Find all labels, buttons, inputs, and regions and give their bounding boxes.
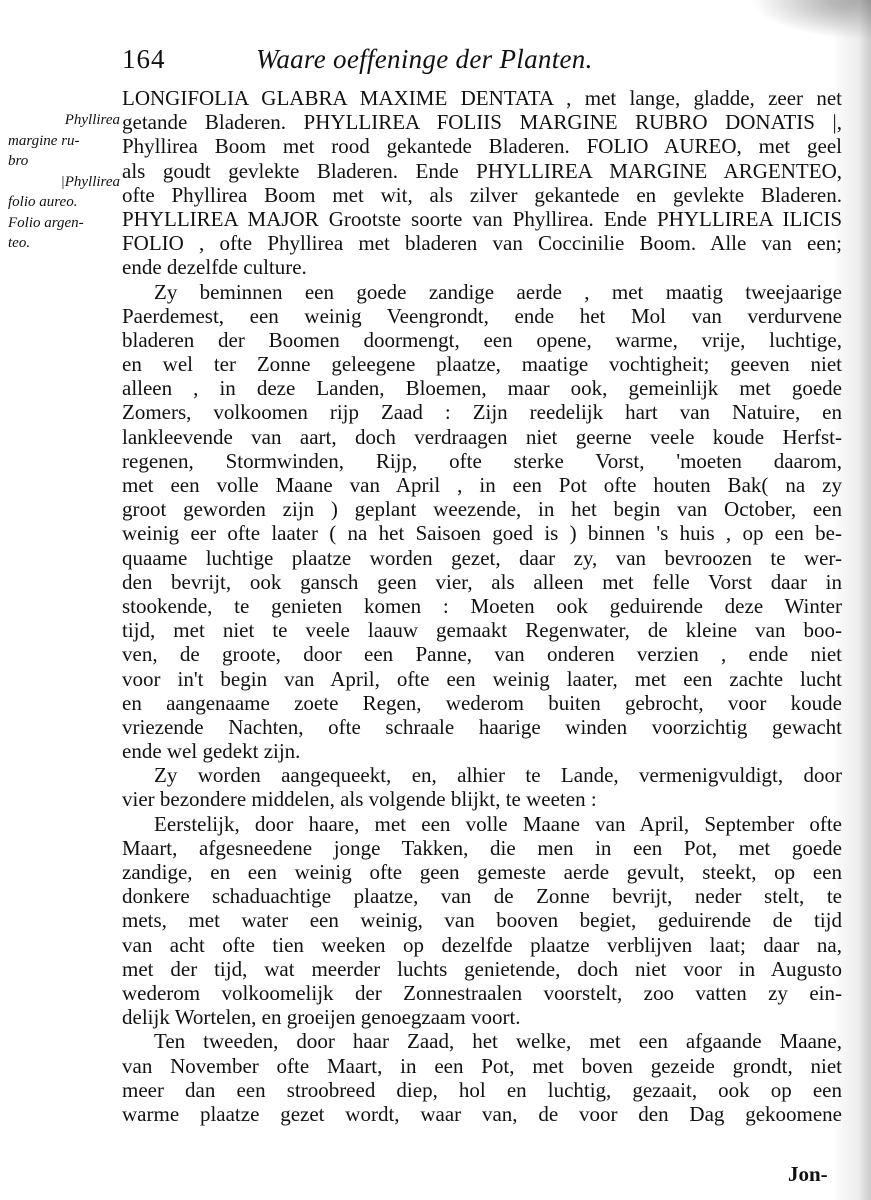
text-line: wederom volkoomelijk der Zonnestraalen v… [122, 981, 842, 1005]
text-line: PHYLLIREA MAJOR Grootste soorte van Phyl… [122, 207, 842, 231]
text-line: LONGIFOLIA GLABRA MAXIME DENTATA , met l… [122, 86, 842, 110]
paragraph-start: Zy beminnen een goede zandige aerde , me… [122, 280, 842, 304]
text-line: stookende, te genieten komen : Moeten oo… [122, 594, 842, 618]
running-head: 164 Waare oeffeninge der Planten. [122, 44, 822, 84]
text-line: met een volle Maane van April , in een P… [122, 473, 842, 497]
text-line: Maart, afgesneedene jonge Takken, die me… [122, 836, 842, 860]
margin-note: bro [8, 151, 120, 172]
text-line: quaame luchtige plaatze worden gezet, da… [122, 546, 842, 570]
text-line: vriezende Nachten, ofte schraale haarige… [122, 715, 842, 739]
text-line: ven, de groote, door een Panne, van onde… [122, 642, 842, 666]
text-line: tijd, met niet te veele laauw gemaakt Re… [122, 618, 842, 642]
paragraph-start: Eerstelijk, door haare, met een volle Ma… [122, 812, 842, 836]
text-line: als goudt gevlekte Bladeren. Ende PHYLLI… [122, 159, 842, 183]
text-line: Zomers, volkoomen rijp Zaad : Zijn reede… [122, 400, 842, 424]
page-title: Waare oeffeninge der Planten. [256, 44, 593, 75]
text-line: bladeren der Boomen doormengt, een opene… [122, 328, 842, 352]
text-line: van acht ofte tien weeken op dezelfde pl… [122, 933, 842, 957]
margin-note: Phyllirea [8, 110, 120, 131]
text-line: den bevrijt, ook gansch geen vier, als a… [122, 570, 842, 594]
page-edge-shadow [751, 0, 871, 40]
text-line: lankleevende van aart, doch verdraagen n… [122, 425, 842, 449]
margin-notes: Phyllirea margine ru- bro |Phyllirea fol… [8, 110, 120, 254]
text-line: mets, met water een weinig, van booven b… [122, 908, 842, 932]
text-line: delijk Wortelen, en groeijen genoegzaam … [122, 1005, 842, 1029]
text-line: voor in't begin van April, ofte een wein… [122, 667, 842, 691]
text-line: groot geworden zijn ) geplant weezende, … [122, 497, 842, 521]
text-line: vier bezondere middelen, als volgende bl… [122, 787, 842, 811]
text-line: weinig eer ofte laater ( na het Saisoen … [122, 521, 842, 545]
text-line: donkere schaduachtige plaatze, van de Zo… [122, 884, 842, 908]
paragraph-start: Ten tweeden, door haar Zaad, het welke, … [122, 1029, 842, 1053]
margin-note: Folio argen- [8, 213, 120, 234]
text-line: regenen, Stormwinden, Rijp, ofte sterke … [122, 449, 842, 473]
text-line: Paerdemest, een weinig Veengrondt, ende … [122, 304, 842, 328]
page-number: 164 [122, 44, 166, 75]
text-line: van November ofte Maart, in een Pot, met… [122, 1054, 842, 1078]
text-line: warme plaatze gezet wordt, waar van, de … [122, 1102, 842, 1126]
margin-note: margine ru- [8, 131, 120, 152]
text-line: zandige, en een weinig ofte geen gemeste… [122, 860, 842, 884]
text-line: FOLIO , ofte Phyllirea met bladeren van … [122, 231, 842, 255]
text-line: ofte Phyllirea Boom met wit, als zilver … [122, 183, 842, 207]
text-line: en wel ter Zonne geleegene plaatze, maat… [122, 352, 842, 376]
margin-note: folio aureo. [8, 192, 120, 213]
text-line: en aangenaame zoete Regen, wederom buite… [122, 691, 842, 715]
paragraph-start: Zy worden aangequeekt, en, alhier te Lan… [122, 763, 842, 787]
text-line: met der tijd, wat meerder luchts geniete… [122, 957, 842, 981]
margin-note: teo. [8, 233, 120, 254]
catchword: Jon- [788, 1162, 828, 1187]
text-line: getande Bladeren. PHYLLIREA FOLIIS MARGI… [122, 110, 842, 134]
text-line: alleen , in deze Landen, Bloemen, maar o… [122, 376, 842, 400]
text-line: meer dan een stroobreed diep, hol en luc… [122, 1078, 842, 1102]
body-text: LONGIFOLIA GLABRA MAXIME DENTATA , met l… [122, 86, 842, 1126]
margin-note: |Phyllirea [8, 172, 120, 193]
text-line: Phyllirea Boom met rood gekantede Blader… [122, 134, 842, 158]
text-line: ende wel gedekt zijn. [122, 739, 842, 763]
text-line: ende dezelfde culture. [122, 255, 842, 279]
